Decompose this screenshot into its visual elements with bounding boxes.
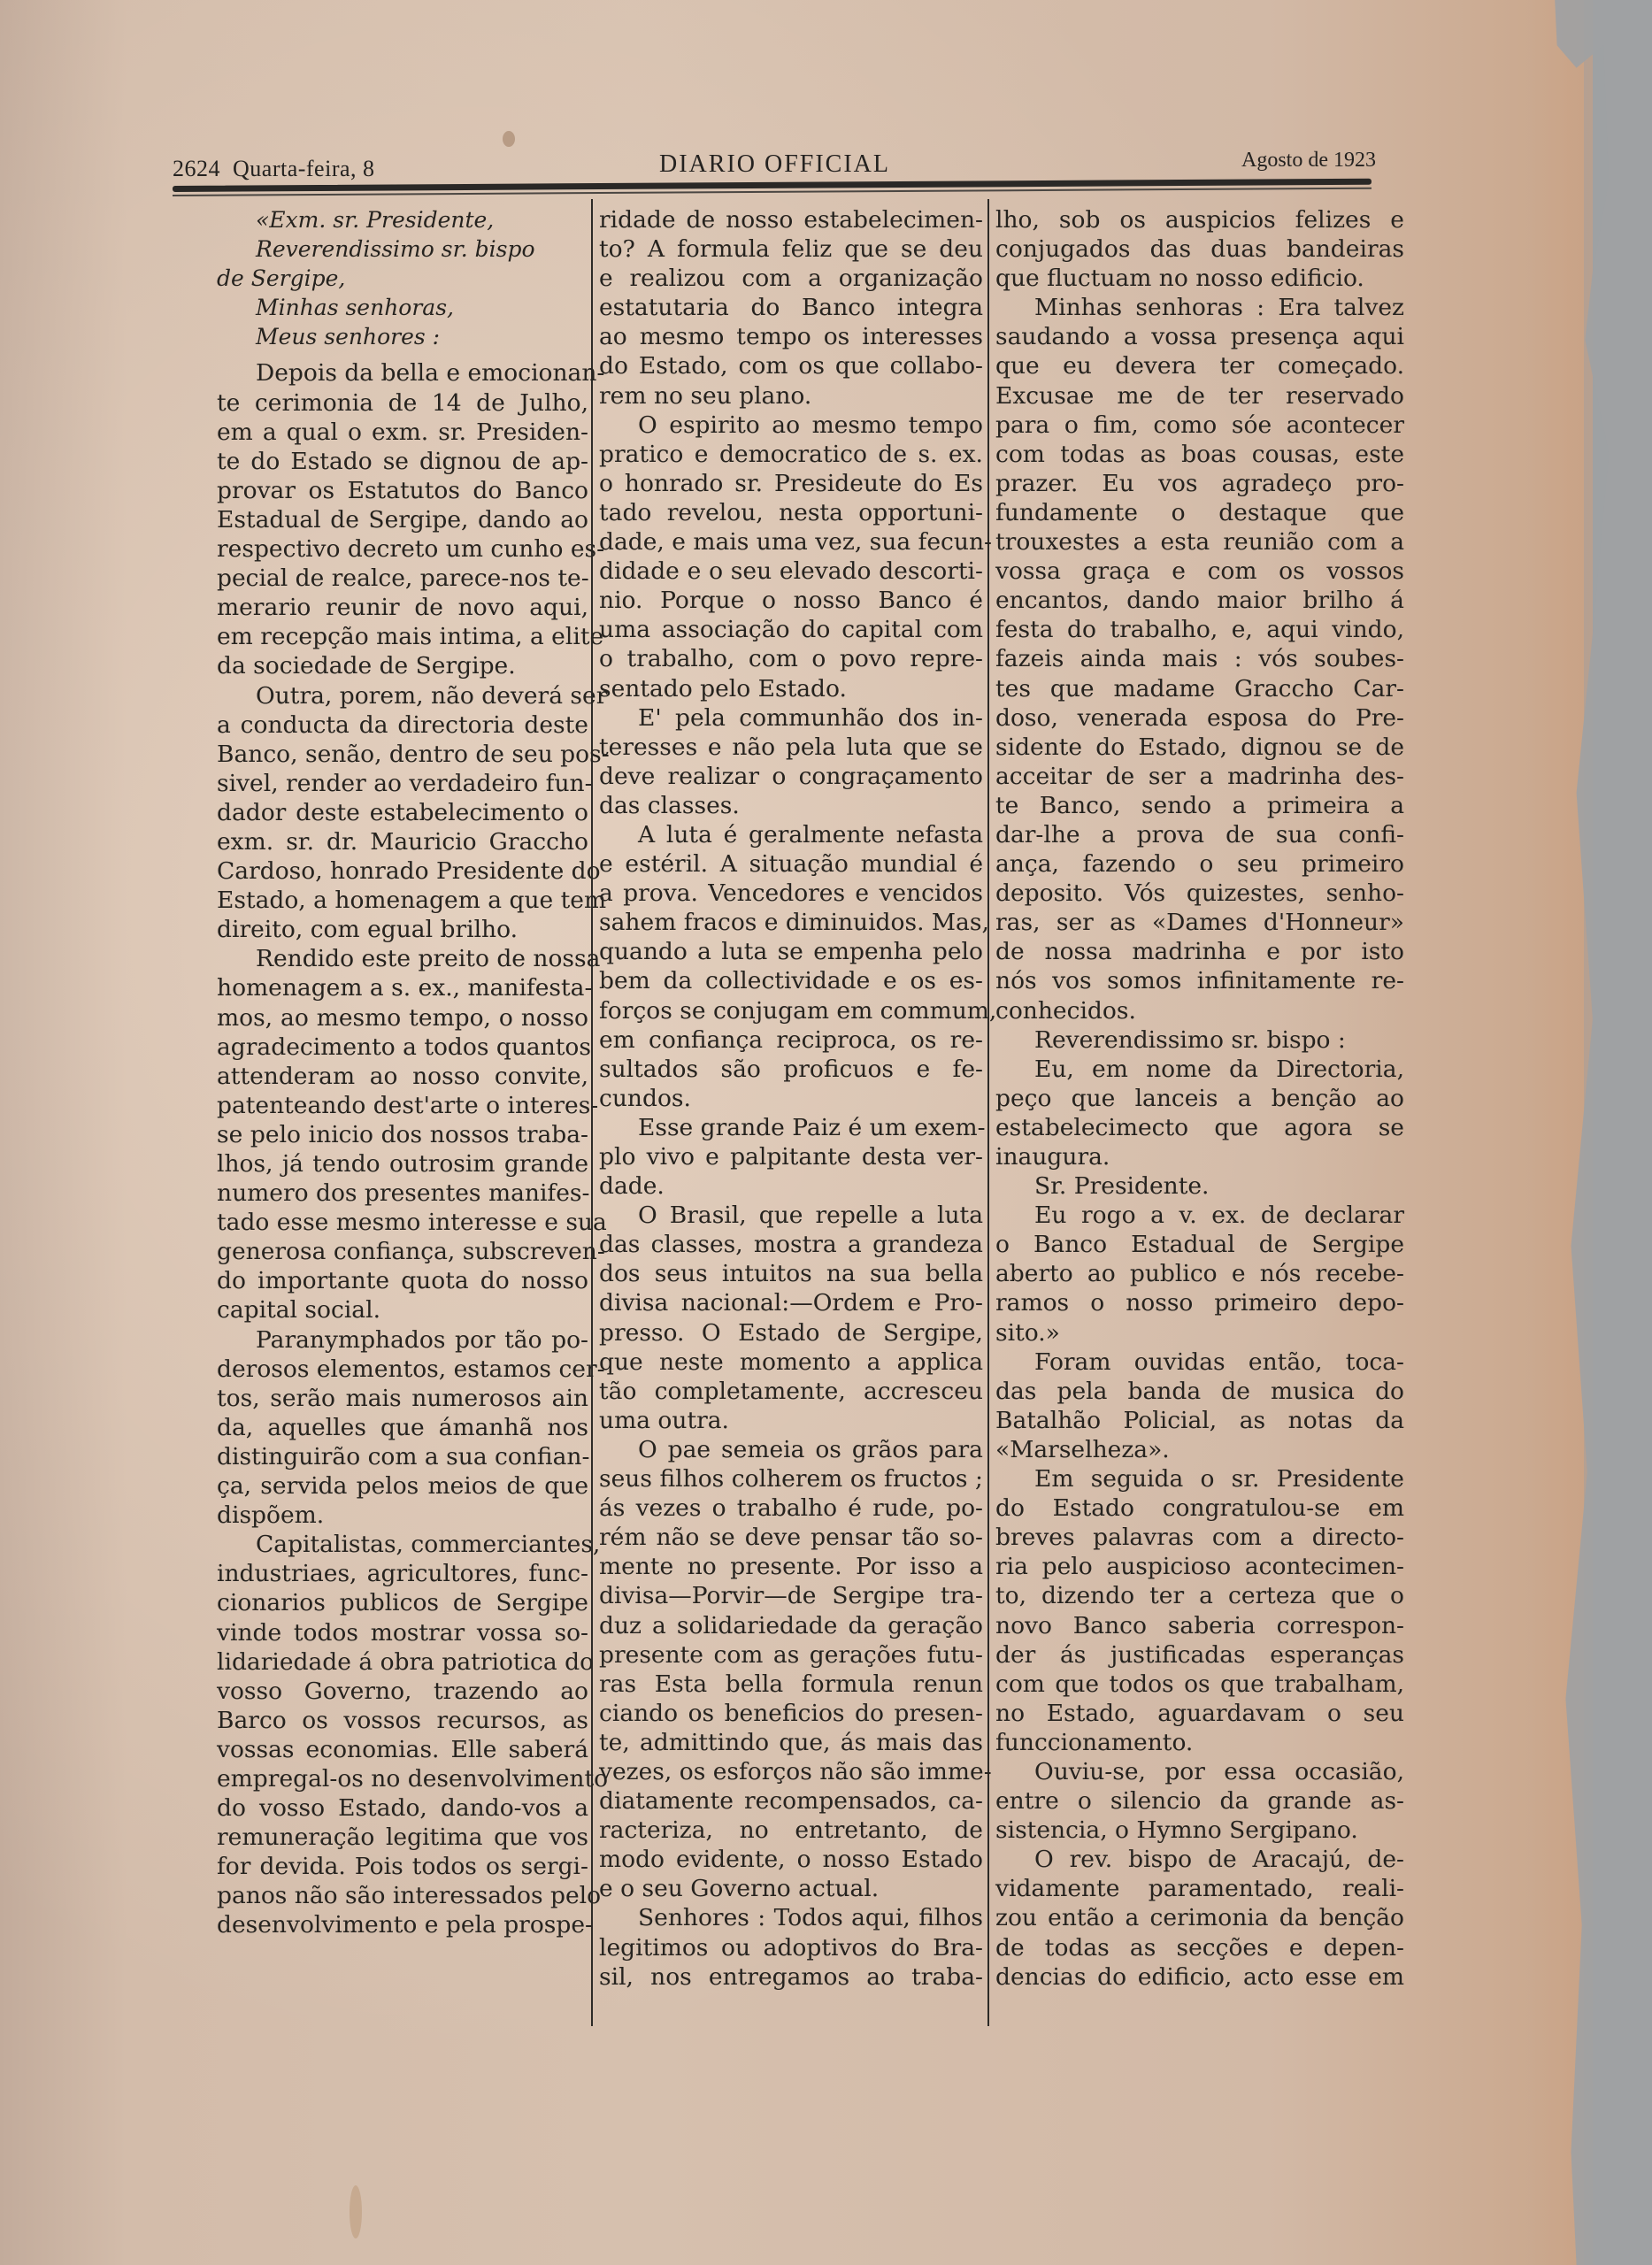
text-line: sentado pelo Estado.	[599, 674, 983, 703]
text-line: do Estado, com os que collabo-	[599, 351, 983, 380]
text-line: trouxestes a esta reunião com a	[995, 527, 1404, 557]
text-line: O rev. bispo de Aracajú, de-	[995, 1845, 1404, 1874]
text-column-2: ridade de nosso estabelecimen-to? A form…	[599, 205, 983, 1992]
text-line: empregal-os no desenvolvimento	[217, 1764, 588, 1793]
text-line: tos, serão mais numerosos ain	[217, 1384, 588, 1413]
text-line: a prova. Vencedores e vencidos	[599, 879, 983, 908]
text-line: conjugados das duas bandeiras	[995, 234, 1404, 264]
text-line: industriaes, agricultores, func-	[217, 1559, 588, 1588]
text-line: diatamente recompensados, ca-	[599, 1786, 983, 1816]
text-line: ras Esta bella formula renun	[599, 1670, 983, 1699]
text-line: Meus senhores :	[217, 322, 588, 351]
text-line: das pela banda de musica do	[995, 1377, 1404, 1406]
text-line: respectivo decreto um cunho es-	[217, 534, 588, 564]
text-line: seus filhos colherem os fructos ;	[599, 1464, 983, 1493]
text-line: exm. sr. dr. Mauricio Graccho	[217, 827, 588, 856]
text-line: fundamente o destaque que	[995, 498, 1404, 527]
text-line: pecial de realce, parece-nos te-	[217, 564, 588, 593]
text-line: te, admittindo que, ás mais das	[599, 1728, 983, 1757]
text-line: Sr. Presidente.	[995, 1171, 1404, 1201]
text-line: homenagem a s. ex., manifesta-	[217, 973, 588, 1002]
text-line: sahem fracos e diminuidos. Mas,	[599, 908, 983, 937]
text-line: quando a luta se empenha pelo	[599, 937, 983, 966]
text-line: mente no presente. Por isso a	[599, 1552, 983, 1581]
text-line: ao mesmo tempo os interesses	[599, 322, 983, 351]
text-line: lidariedade á obra patriotica do	[217, 1647, 588, 1677]
text-line: Batalhão Policial, as notas da	[995, 1406, 1404, 1435]
water-stain	[350, 2185, 362, 2238]
text-line: dispõem.	[217, 1501, 588, 1530]
text-column-1: «Exm. sr. Presidente,Reverendissimo sr. …	[217, 205, 588, 1940]
text-line: uma outra.	[599, 1406, 983, 1435]
text-line: tes que madame Graccho Car-	[995, 674, 1404, 703]
text-line: remuneração legitima que vos	[217, 1823, 588, 1852]
text-line: direito, com egual brilho.	[217, 915, 588, 944]
text-line: deposito. Vós quizestes, senho-	[995, 879, 1404, 908]
text-line: de Sergipe,	[217, 264, 588, 293]
text-line: ça, servida pelos meios de que	[217, 1471, 588, 1501]
text-line: e estéril. A situação mundial é	[599, 849, 983, 879]
text-line: novo Banco saberia correspon-	[995, 1611, 1404, 1640]
text-line: zou então a cerimonia da benção	[995, 1903, 1404, 1932]
text-line: duz a solidariedade da geração	[599, 1611, 983, 1640]
text-line: da, aquelles que ámanhã nos	[217, 1413, 588, 1442]
text-line: se pelo inicio dos nossos traba-	[217, 1120, 588, 1149]
text-line: ras, ser as «Dames d'Honneur»	[995, 908, 1404, 937]
newspaper-title: DIARIO OFFICIAL	[659, 150, 890, 179]
text-line: racteriza, no entretanto, de	[599, 1816, 983, 1845]
text-line: dos seus intuitos na sua bella	[599, 1259, 983, 1288]
text-line: dade, e mais uma vez, sua fecun-	[599, 527, 983, 557]
text-line: conhecidos.	[995, 996, 1404, 1025]
text-line: der ás justificadas esperanças	[995, 1640, 1404, 1670]
text-line: uma associação do capital com	[599, 615, 983, 644]
text-line: O Brasil, que repelle a luta	[599, 1201, 983, 1230]
text-line: presso. O Estado de Sergipe,	[599, 1318, 983, 1347]
text-line: forços se conjugam em commum,	[599, 996, 983, 1025]
text-line: ridade de nosso estabelecimen-	[599, 205, 983, 234]
text-line: «Marselheza».	[995, 1435, 1404, 1464]
text-line: mos, ao mesmo tempo, o nosso	[217, 1003, 588, 1033]
text-line: cundos.	[599, 1084, 983, 1113]
text-line: to, dizendo ter a certeza que o	[995, 1581, 1404, 1610]
text-line: sil, nos entregamos ao traba-	[599, 1962, 983, 1992]
text-line: em a qual o exm. sr. Presiden-	[217, 418, 588, 447]
text-line: vossa graça e com os vossos	[995, 557, 1404, 586]
text-line: panos não são interessados pelo	[217, 1881, 588, 1910]
text-line: no Estado, aguardavam o seu	[995, 1699, 1404, 1728]
text-line: festa do trabalho, e, aqui vindo,	[995, 615, 1404, 644]
text-line: nós vos somos infinitamente re-	[995, 966, 1404, 995]
text-line: e realizou com a organização	[599, 264, 983, 293]
text-line: dencias do edificio, acto esse em	[995, 1962, 1404, 1992]
text-line: rem no seu plano.	[599, 381, 983, 411]
text-line: Estado, a homenagem a que tem	[217, 886, 588, 915]
text-line: Paranymphados por tão po-	[217, 1325, 588, 1355]
text-line: estatutaria do Banco integra	[599, 293, 983, 322]
text-line: presente com as gerações futu-	[599, 1640, 983, 1670]
text-line: acceitar de ser a madrinha des-	[995, 762, 1404, 791]
text-line: pratico e democratico de s. ex.	[599, 440, 983, 469]
text-line: dador deste estabelecimento o	[217, 798, 588, 827]
text-line: peço que lanceis a benção ao	[995, 1084, 1404, 1113]
text-line: Depois da bella e emocionan-	[217, 358, 588, 388]
text-line: Rendido este preito de nossa	[217, 944, 588, 973]
text-line: Barco os vossos recursos, as	[217, 1706, 588, 1735]
text-line: e o seu Governo actual.	[599, 1874, 983, 1903]
text-line: em confiança reciproca, os re-	[599, 1025, 983, 1055]
text-line: lhos, já tendo outrosim grande	[217, 1149, 588, 1179]
text-line: O pae semeia os grãos para	[599, 1435, 983, 1464]
text-line: encantos, dando maior brilho á	[995, 586, 1404, 615]
text-line: ciando os beneficios do presen-	[599, 1699, 983, 1728]
text-line: Foram ouvidas então, toca-	[995, 1347, 1404, 1377]
text-line: didade e o seu elevado descorti-	[599, 557, 983, 586]
text-line: Estadual de Sergipe, dando ao	[217, 505, 588, 534]
text-column-3: lho, sob os auspicios felizes econjugado…	[995, 205, 1404, 1992]
text-line: Ouviu-se, por essa occasião,	[995, 1757, 1404, 1786]
text-line: Reverendissimo sr. bispo	[217, 234, 588, 264]
text-line: ás vezes o trabalho é rude, po-	[599, 1493, 983, 1523]
text-line: teresses e não pela luta que se	[599, 733, 983, 762]
text-line: for devida. Pois todos os sergi-	[217, 1852, 588, 1881]
text-line: distinguirão com a sua confian-	[217, 1442, 588, 1471]
text-line: plo vivo e palpitante desta ver-	[599, 1142, 983, 1171]
text-line: vosso Governo, trazendo ao	[217, 1677, 588, 1706]
text-line: to? A formula feliz que se deu	[599, 234, 983, 264]
text-line: de todas as secções e depen-	[995, 1933, 1404, 1962]
text-line: Minhas senhoras : Era talvez	[995, 293, 1404, 322]
text-line: provar os Estatutos do Banco	[217, 476, 588, 505]
ink-stain	[503, 131, 515, 147]
text-line: saudando a vossa presença aqui	[995, 322, 1404, 351]
text-line: A luta é geralmente nefasta	[599, 820, 983, 849]
text-line: que neste momento a applica	[599, 1347, 983, 1377]
text-line: que fluctuam no nosso edificio.	[995, 264, 1404, 293]
text-line: ramos o nosso primeiro depo-	[995, 1288, 1404, 1317]
text-line: divisa—Porvir—de Sergipe tra-	[599, 1581, 983, 1610]
text-line: merario reunir de novo aqui,	[217, 593, 588, 622]
text-line: Cardoso, honrado Presidente do	[217, 856, 588, 886]
text-line: da sociedade de Sergipe.	[217, 651, 588, 680]
text-line: patenteando dest'arte o interes-	[217, 1091, 588, 1120]
text-line: sivel, render ao verdadeiro fun-	[217, 769, 588, 798]
text-line: o trabalho, com o povo repre-	[599, 644, 983, 673]
text-line: entre o silencio da grande as-	[995, 1786, 1404, 1816]
text-line: tado esse mesmo interesse e sua	[217, 1208, 588, 1237]
text-line: divisa nacional:—Ordem e Pro-	[599, 1288, 983, 1317]
text-line: das classes.	[599, 791, 983, 820]
paragraph-gap	[217, 351, 588, 358]
text-line: E' pela communhão dos in-	[599, 703, 983, 733]
text-line: que eu devera ter começado.	[995, 351, 1404, 380]
text-line: inaugura.	[995, 1142, 1404, 1171]
text-line: nio. Porque o nosso Banco é	[599, 586, 983, 615]
issue-date: Agosto de 1923	[1241, 149, 1376, 173]
text-line: breves palavras com a directo-	[995, 1523, 1404, 1552]
text-line: derosos elementos, estamos cer-	[217, 1355, 588, 1384]
text-line: dar-lhe a prova de sua confi-	[995, 820, 1404, 849]
text-line: Banco, senão, dentro de seu pos-	[217, 740, 588, 769]
text-line: fazeis ainda mais : vós soubes-	[995, 644, 1404, 673]
text-line: a conducta da directoria deste	[217, 710, 588, 740]
text-line: Excusae me de ter reservado	[995, 381, 1404, 411]
text-line: capital social.	[217, 1295, 588, 1324]
text-line: O espirito ao mesmo tempo	[599, 411, 983, 440]
text-line: prazer. Eu vos agradeço pro-	[995, 469, 1404, 498]
weekday: Quarta-feira, 8	[233, 156, 375, 181]
text-line: do importante quota do nosso	[217, 1266, 588, 1295]
text-line: rém não se deve pensar tão so-	[599, 1523, 983, 1552]
text-line: vossas economias. Elle saberá	[217, 1735, 588, 1764]
text-line: Outra, porem, não deverá ser	[217, 681, 588, 710]
text-line: te do Estado se dignou de ap-	[217, 447, 588, 476]
text-line: Esse grande Paiz é um exem-	[599, 1113, 983, 1142]
column-divider	[987, 199, 989, 2026]
text-line: generosa confiança, subscreven-	[217, 1237, 588, 1266]
text-line: aberto ao publico e nós recebe-	[995, 1259, 1404, 1288]
text-line: vezes, os esforços não são imme-	[599, 1757, 983, 1786]
text-line: deve realizar o congraçamento	[599, 762, 983, 791]
text-line: Minhas senhoras,	[217, 293, 588, 322]
text-line: o Banco Estadual de Sergipe	[995, 1230, 1404, 1259]
text-line: das classes, mostra a grandeza	[599, 1230, 983, 1259]
text-line: sito.»	[995, 1318, 1404, 1347]
text-line: doso, venerada esposa do Pre-	[995, 703, 1404, 733]
text-line: bem da collectividade e os es-	[599, 966, 983, 995]
text-line: o honrado sr. Presideute do Es	[599, 469, 983, 498]
text-line: Capitalistas, commerciantes,	[217, 1530, 588, 1559]
text-line: vidamente paramentado, reali-	[995, 1874, 1404, 1903]
text-line: vinde todos mostrar vossa so-	[217, 1618, 588, 1647]
text-line: agradecimento a todos quantos	[217, 1033, 588, 1062]
page-number-and-day: 2624Quarta-feira, 8	[173, 156, 388, 182]
text-line: de nossa madrinha e por isto	[995, 937, 1404, 966]
text-line: ança, fazendo o seu primeiro	[995, 849, 1404, 879]
text-line: ria pelo auspicioso acontecimen-	[995, 1552, 1404, 1581]
text-line: em recepção mais intima, a elite	[217, 622, 588, 651]
text-line: Em seguida o sr. Presidente	[995, 1464, 1404, 1493]
text-line: Senhores : Todos aqui, filhos	[599, 1903, 983, 1932]
text-line: «Exm. sr. Presidente,	[217, 205, 588, 234]
text-line: sultados são proficuos e fe-	[599, 1055, 983, 1084]
text-line: funccionamento.	[995, 1728, 1404, 1757]
text-line: Eu rogo a v. ex. de declarar	[995, 1201, 1404, 1230]
text-line: modo evidente, o nosso Estado	[599, 1845, 983, 1874]
text-line: te cerimonia de 14 de Julho,	[217, 388, 588, 418]
text-line: tão completamente, accresceu	[599, 1377, 983, 1406]
text-line: attenderam ao nosso convite,	[217, 1062, 588, 1091]
text-line: para o fim, como sóe acontecer	[995, 411, 1404, 440]
text-line: dade.	[599, 1171, 983, 1201]
text-line: tado revelou, nesta opportuni-	[599, 498, 983, 527]
text-line: legitimos ou adoptivos do Bra-	[599, 1933, 983, 1962]
text-line: do Estado congratulou-se em	[995, 1493, 1404, 1523]
text-line: numero dos presentes manifes-	[217, 1179, 588, 1208]
text-line: estabelecimecto que agora se	[995, 1113, 1404, 1142]
text-line: Eu, em nome da Directoria,	[995, 1055, 1404, 1084]
page-number: 2624	[173, 156, 220, 181]
text-line: com que todos os que trabalham,	[995, 1670, 1404, 1699]
text-line: lho, sob os auspicios felizes e	[995, 205, 1404, 234]
text-line: Reverendissimo sr. bispo :	[995, 1025, 1404, 1055]
text-line: sidente do Estado, dignou se de	[995, 733, 1404, 762]
text-line: cionarios publicos de Sergipe	[217, 1588, 588, 1617]
text-line: te Banco, sendo a primeira a	[995, 791, 1404, 820]
text-line: do vosso Estado, dando-vos a	[217, 1793, 588, 1823]
text-line: sistencia, o Hymno Sergipano.	[995, 1816, 1404, 1845]
text-line: com todas as boas cousas, este	[995, 440, 1404, 469]
text-line: desenvolvimento e pela prospe-	[217, 1910, 588, 1939]
